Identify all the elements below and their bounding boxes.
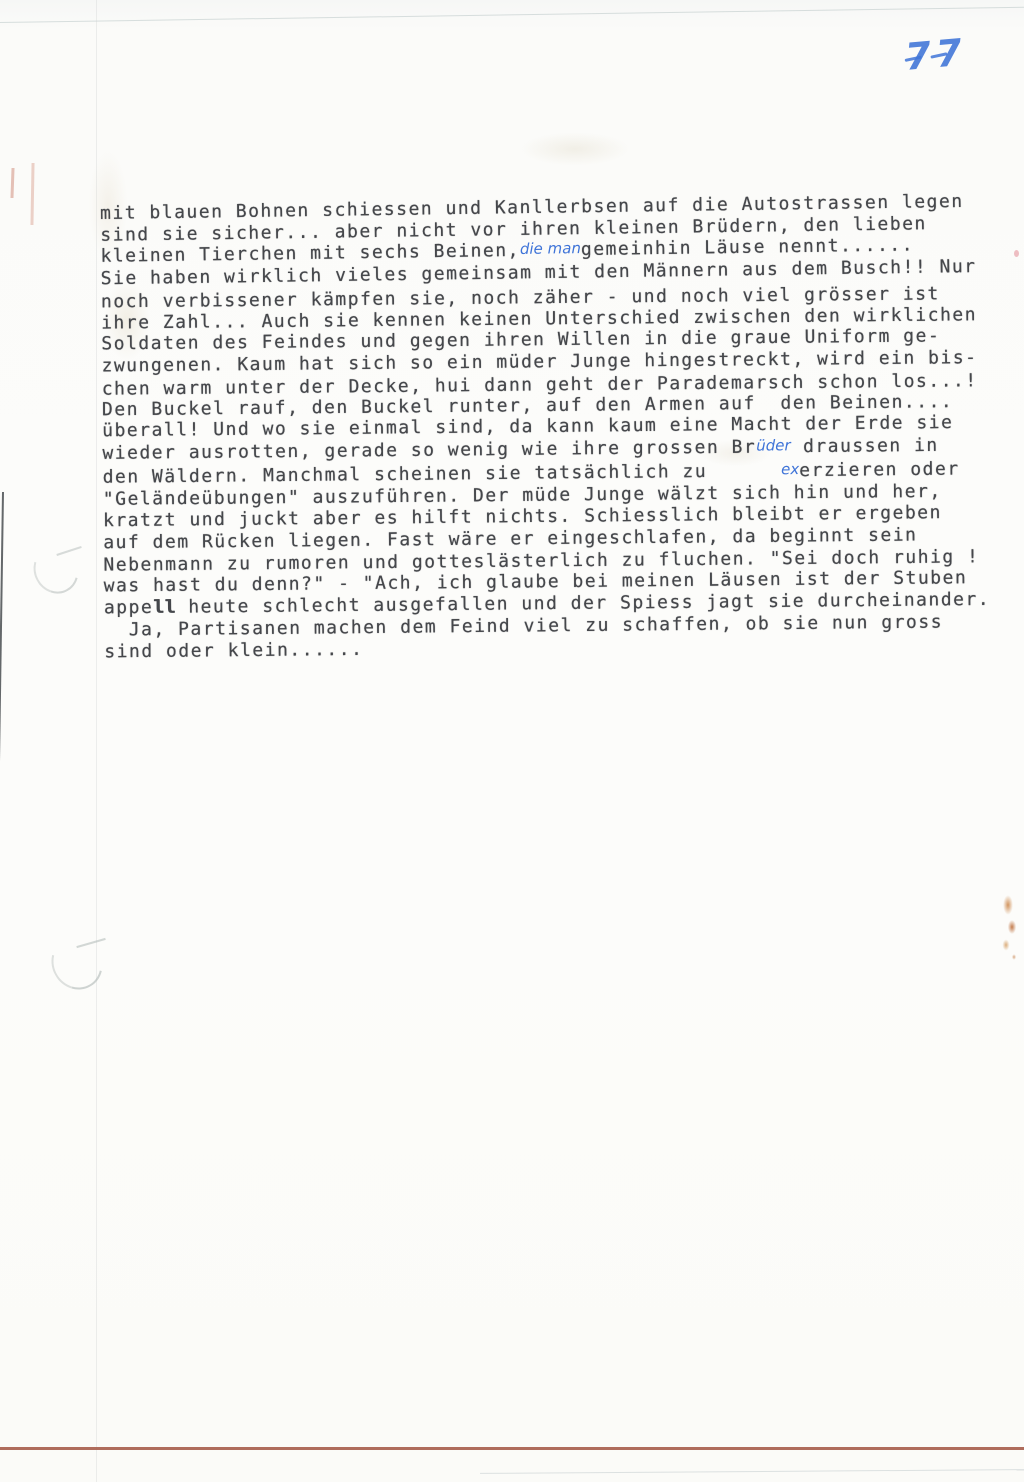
hole-punch-mark-lower-tail [76, 938, 105, 948]
scan-edge-line-bottom [480, 1469, 1024, 1474]
typewriter-text: draussen in [791, 435, 939, 457]
typewriter-text: sind oder klein...... [104, 639, 363, 662]
hole-punch-mark-lower [42, 927, 112, 999]
page-number: 77 [904, 33, 974, 91]
paper-stain-2 [520, 132, 630, 166]
hole-punch-mark-upper [25, 538, 86, 601]
scan-edge-line-top [0, 7, 1024, 24]
rust-stain-right-edge [998, 893, 1018, 963]
typewriter-text: gemeinhin Läuse nennt...... [581, 235, 914, 261]
typed-text-block: mit blauen Bohnen schiessen und Kanllerb… [100, 193, 1024, 663]
red-smudge-left-2 [30, 163, 34, 225]
fold-crease-line-left [0, 492, 4, 1482]
typewriter-text: erzieren oder [799, 459, 960, 482]
hole-punch-mark-upper-tail [56, 546, 81, 556]
handwritten-insertion: die man [520, 239, 581, 258]
scanned-document-page: 77 mit blauen Bohnen schiessen und Kanll… [0, 0, 1024, 1482]
typewriter-text: ll [153, 597, 176, 618]
typewriter-text: appe [104, 597, 154, 618]
red-margin-line-bottom [0, 1447, 1024, 1450]
red-smudge-left-1 [10, 168, 14, 198]
paper-edge-shadow-line [96, 0, 97, 1482]
handwritten-insertion: üder [756, 436, 791, 454]
handwritten-insertion: ex [781, 460, 799, 478]
